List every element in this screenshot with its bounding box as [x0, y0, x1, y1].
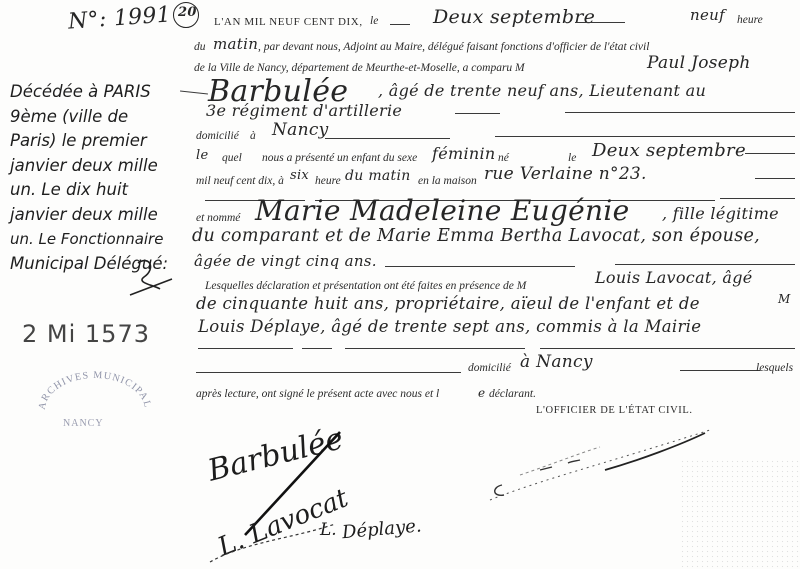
line1-heure: heure — [737, 14, 763, 26]
line1-printed: L'AN MIL NEUF CENT DIX, — [214, 16, 363, 28]
child-birth-period: du matin — [345, 168, 411, 184]
svg-text:L.: L. — [319, 520, 337, 540]
witnesses-residence: à Nancy — [520, 352, 593, 372]
line7-quel: quel — [222, 152, 242, 164]
blank-rule — [720, 198, 795, 199]
line2-du: du — [194, 41, 206, 53]
line7-le2: le — [568, 152, 576, 164]
child-legitimacy: , fille légitime — [662, 204, 779, 223]
officer-title: L'OFFICIER DE L'ÉTAT CIVIL. — [536, 405, 693, 416]
child-birth-date: Deux septembre — [592, 140, 746, 161]
archives-stamp: ARCHIVES MUNICIPALES NANCY — [40, 370, 140, 440]
margin-line: un. Le Fonctionnaire — [10, 227, 185, 252]
birth-address: rue Verlaine n°23. — [484, 164, 647, 184]
blank-rule — [615, 264, 795, 265]
signature-officer — [480, 425, 720, 505]
blank-rule — [745, 153, 795, 154]
margin-line: janvier deux mille — [10, 154, 185, 179]
father-details: , âgé de trente neuf ans, Lieutenant au — [378, 81, 706, 100]
line6-domicilie: domicilié — [196, 130, 239, 142]
line12-printed: Lesquelles déclaration et présentation o… — [205, 280, 526, 292]
record-number: N°: 1991 — [67, 2, 172, 34]
registration-hour: neuf — [690, 6, 725, 24]
blank-rule — [196, 372, 461, 373]
line17-printed: après lecture, ont signé le présent acte… — [196, 388, 439, 400]
blank-rule — [325, 138, 450, 139]
archive-reference: 2 Mi 1573 — [22, 320, 150, 348]
line16-domicilie: domicilié — [468, 362, 511, 374]
line7-printed: nous a présenté un enfant du sexe — [262, 152, 417, 164]
mother-age: âgée de vingt cinq ans. — [194, 252, 377, 270]
line7-le: le — [196, 148, 208, 163]
line16-lesquels: lesquels — [756, 362, 793, 374]
line6-a: à — [250, 130, 256, 142]
witness2-details: Louis Déplaye, âgé de trente sept ans, c… — [198, 317, 701, 336]
line17-e: e — [478, 386, 485, 400]
margin-death-annotation: Décédée à PARIS 9ème (ville de Paris) le… — [10, 80, 185, 276]
margin-line: Décédée à PARIS — [10, 80, 185, 105]
father-regiment: 3e régiment d'artillerie — [206, 101, 402, 120]
child-birth-hour: six — [290, 168, 309, 183]
blank-rule — [390, 24, 410, 25]
blank-rule — [680, 370, 760, 371]
line9-nomme: et nommé — [196, 212, 240, 224]
line17-declarant: déclarant. — [489, 388, 536, 400]
blank-rule — [540, 348, 795, 349]
witness2-title: M — [778, 292, 791, 306]
blank-rule — [455, 113, 500, 114]
line2-printed: , par devant nous, Adjoint au Maire, dél… — [258, 41, 649, 53]
blank-rule — [302, 348, 332, 349]
child-name: Marie Madeleine Eugénie — [255, 194, 629, 227]
blank-rule — [345, 348, 525, 349]
line8-printed: mil neuf cent dix, à — [196, 175, 284, 187]
father-residence: Nancy — [272, 120, 329, 140]
svg-text:ARCHIVES MUNICIPALES: ARCHIVES MUNICIPALES — [36, 362, 153, 411]
line3-printed: de la Ville de Nancy, département de Meu… — [194, 62, 525, 74]
mother-line: du comparant et de Marie Emma Bertha Lav… — [192, 226, 760, 246]
blank-rule — [755, 178, 795, 179]
blank-rule — [575, 22, 625, 23]
margin-line: janvier deux mille — [10, 203, 185, 228]
blank-rule — [495, 136, 795, 137]
stamp-bottom-text: NANCY — [63, 418, 104, 429]
scanned-document-page: N°: 1991 20 Décédée à PARIS 9ème (ville … — [0, 0, 800, 569]
child-sex: féminin — [432, 144, 496, 163]
line8-heure: heure — [315, 175, 341, 187]
blank-rule — [385, 266, 575, 267]
blank-rule — [198, 348, 293, 349]
stamp-ring: ARCHIVES MUNICIPALES — [40, 370, 150, 440]
margin-line: Paris) le premier — [10, 129, 185, 154]
margin-signature — [120, 255, 180, 305]
registration-period: matin — [213, 35, 258, 53]
line8-maison: en la maison — [418, 175, 477, 187]
svg-text:Déplaye.: Déplaye. — [340, 515, 422, 543]
line7-ne: né — [498, 152, 509, 164]
margin-line: 9ème (ville de — [10, 105, 185, 130]
signature-deplaye: L. Déplaye. — [320, 505, 470, 555]
witness1-details: de cinquante huit ans, propriétaire, aïe… — [196, 294, 700, 313]
margin-line: un. Le dix huit — [10, 178, 185, 203]
line1-le: le — [370, 15, 378, 27]
birth-registration-date: Deux septembre — [433, 6, 595, 28]
blank-rule — [565, 112, 795, 113]
father-first-names: Paul Joseph — [647, 53, 751, 73]
witness1-name: Louis Lavocat, âgé — [595, 268, 753, 287]
act-number: 20 — [178, 5, 197, 20]
stamp-top-text: ARCHIVES MUNICIPALES — [36, 362, 153, 411]
